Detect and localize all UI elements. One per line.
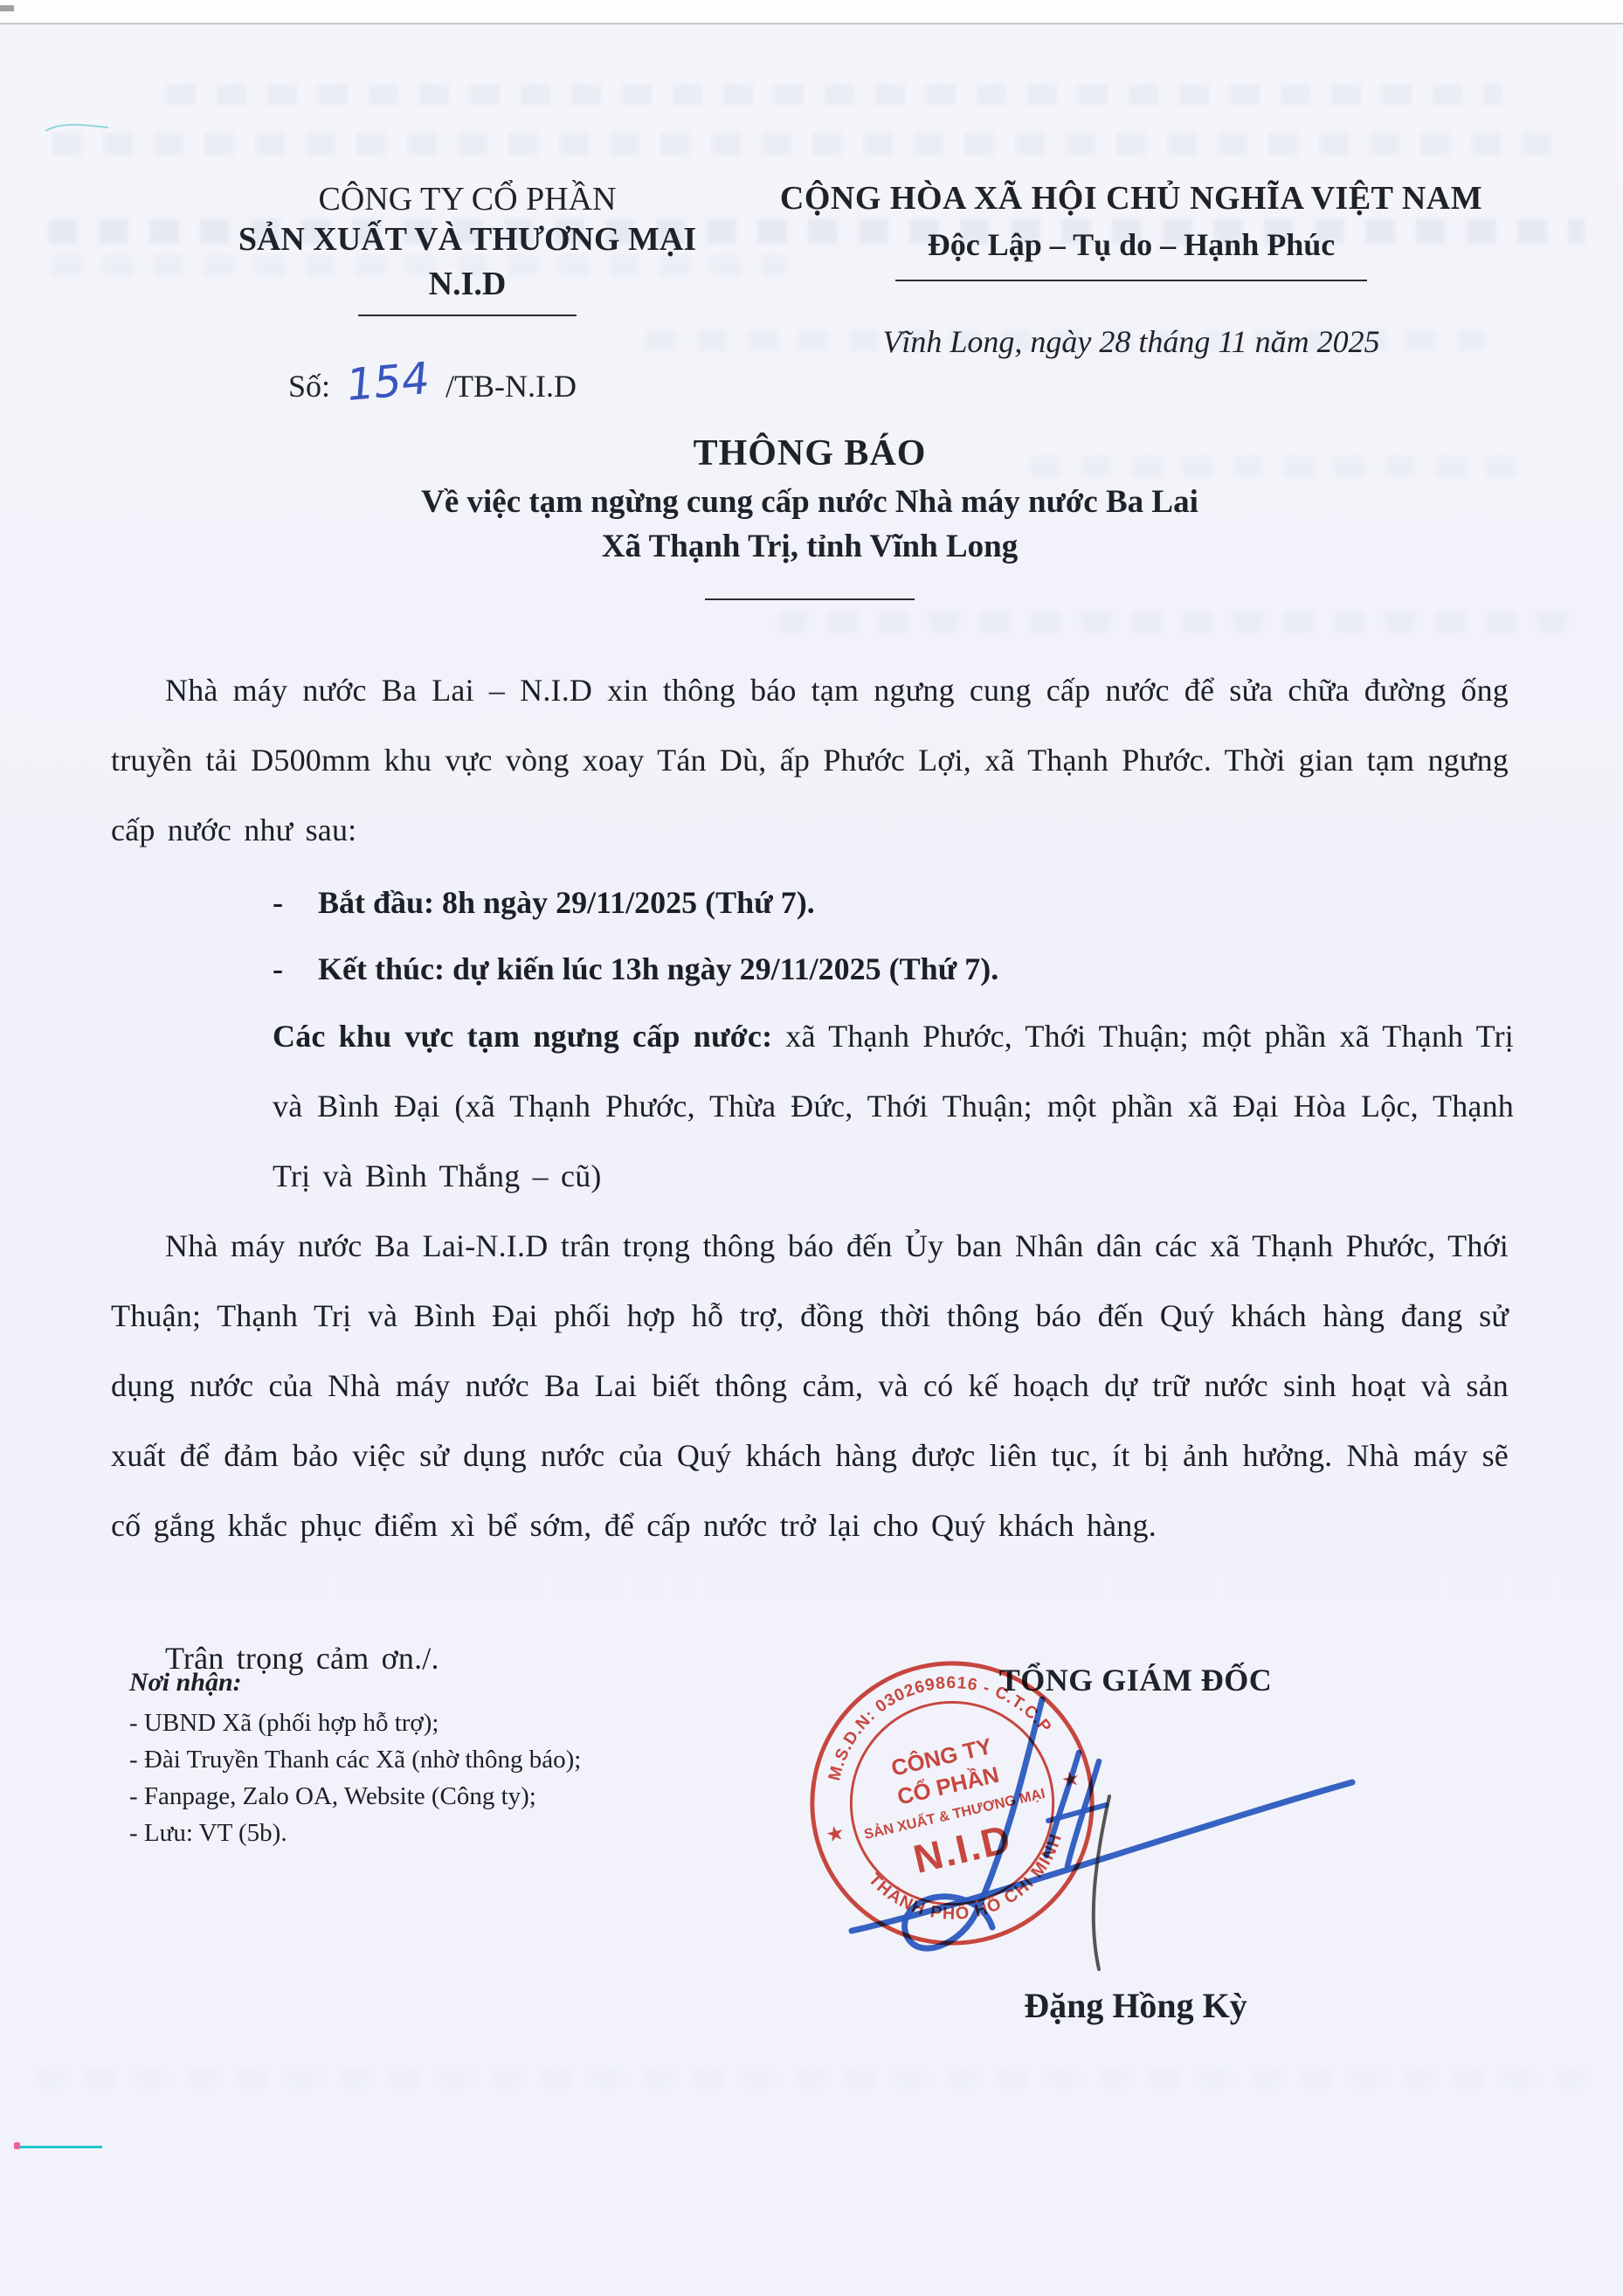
document-number-suffix: /TB-N.I.D [445,368,577,405]
document-title-block: THÔNG BÁO Về việc tạm ngừng cung cấp nướ… [111,432,1509,600]
recipient-item: - UBND Xã (phối hợp hỗ trợ); [129,1705,688,1741]
bleedthrough-band [166,84,1502,105]
bullet-end-text: Kết thúc: dự kiến lúc 13h ngày 29/11/202… [318,936,998,1002]
document-number-line: Số: 154 /TB-N.I.D [288,356,577,407]
recipient-item: - Đài Truyền Thanh các Xã (nhờ thông báo… [129,1741,688,1778]
company-header-rule [358,315,577,316]
bullet-start-text: Bắt đầu: 8h ngày 29/11/2025 (Thứ 7). [318,869,815,936]
bullet-dash: - [273,869,283,936]
title-divider-rule [705,598,915,600]
bullet-end-time: - Kết thúc: dự kiến lúc 13h ngày 29/11/2… [111,936,1509,1002]
bullet-dash: - [273,936,283,1002]
document-subtitle-line2: Xã Thạnh Trị, tỉnh Vĩnh Long [111,528,1509,565]
scan-corner-artifact [0,5,14,11]
signer-name: Đặng Hồng Kỳ [908,1985,1363,2026]
signature-pen-stroke [1094,1796,1109,1969]
recipients-label: Nơi nhận: [129,1664,688,1701]
document-subtitle-line1: Về việc tạm ngừng cung cấp nước Nhà máy … [111,483,1509,521]
paragraph-intro: Nhà máy nước Ba Lai – N.I.D xin thông bá… [111,655,1509,865]
pink-dot-artifact [14,2142,20,2149]
company-name-line1: CÔNG TY CỔ PHẦN [205,179,729,219]
document-title: THÔNG BÁO [111,432,1509,474]
place-dateline: Vĩnh Long, ngày 28 tháng 11 năm 2025 [747,323,1516,361]
company-name-line3: N.I.D [205,264,729,304]
paragraph-notice: Nhà máy nước Ba Lai-N.I.D trân trọng thô… [111,1211,1509,1560]
bullet-start-time: - Bắt đầu: 8h ngày 29/11/2025 (Thứ 7). [111,869,1509,936]
bleedthrough-band [777,612,1581,633]
handwritten-signature [777,1649,1441,2095]
scanned-document-page: CÔNG TY CỔ PHẦN SẢN XUẤT VÀ THƯƠNG MẠI N… [0,0,1623,2296]
paragraph-affected-areas: Các khu vực tạm ngưng cấp nước: xã Thạnh… [111,1001,1514,1211]
national-motto-line1: CỘNG HÒA XÃ HỘI CHỦ NGHĨA VIỆT NAM [747,179,1516,219]
schedule-bullet-list: - Bắt đầu: 8h ngày 29/11/2025 (Thứ 7). -… [111,869,1509,1002]
national-motto-line2: Độc Lập – Tụ do – Hạnh Phúc [747,226,1516,264]
document-number-label: Số: [288,368,330,405]
scanner-edge-strip [0,0,1623,24]
handwritten-document-number: 154 [344,352,432,411]
national-header: CỘNG HÒA XÃ HỘI CHỦ NGHĨA VIỆT NAM Độc L… [747,179,1516,361]
national-header-rule [895,280,1367,281]
company-header: CÔNG TY CỔ PHẦN SẢN XUẤT VÀ THƯƠNG MẠI N… [205,179,729,316]
bleedthrough-band [52,133,1572,156]
recipient-item: - Lưu: VT (5b). [129,1815,688,1851]
recipients-block: Nơi nhận: - UBND Xã (phối hợp hỗ trợ); -… [129,1664,688,1851]
recipient-item: - Fanpage, Zalo OA, Website (Công ty); [129,1778,688,1815]
cyan-line-artifact [19,2146,102,2148]
affected-areas-label: Các khu vực tạm ngưng cấp nước: [273,1019,772,1054]
company-name-line2: SẢN XUẤT VÀ THƯƠNG MẠI [205,219,729,259]
cyan-squiggle-artifact [42,119,112,136]
